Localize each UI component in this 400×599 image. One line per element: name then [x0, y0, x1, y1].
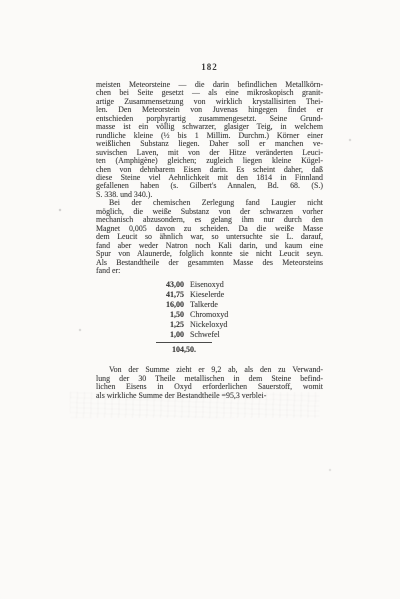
composition-name: Eisenoxyd [190, 280, 224, 290]
composition-total: 104,50. [156, 342, 212, 354]
composition-row: 43,00Eisenoxyd [142, 280, 323, 290]
composition-value: 41,75 [142, 290, 184, 300]
paragraph: Bei der chemischen Zerlegung fand Laugie… [96, 199, 323, 275]
composition-name: Talkerde [190, 300, 218, 310]
composition-value: 1,25 [142, 320, 184, 330]
composition-name: Nickeloxyd [190, 320, 227, 330]
composition-name: Schwefel [190, 330, 220, 340]
composition-row: 1,00Schwefel [142, 330, 323, 340]
composition-row: 1,50Chromoxyd [142, 310, 323, 320]
composition-value: 1,50 [142, 310, 184, 320]
page-number: 182 [96, 62, 323, 72]
composition-value: 16,00 [142, 300, 184, 310]
composition-row: 16,00Talkerde [142, 300, 323, 310]
composition-value: 1,00 [142, 330, 184, 340]
composition-row: 1,25Nickeloxyd [142, 320, 323, 330]
text-block: 182 meisten Meteorsteine — die darin bef… [96, 62, 323, 400]
text-line: fand er: [96, 267, 323, 275]
composition-name: Kieselerde [190, 290, 224, 300]
paragraph: meisten Meteorsteine — die darin befindl… [96, 81, 323, 199]
paragraph: Von der Summe zieht er 9,2 ab, als den z… [96, 366, 323, 400]
composition-name: Chromoxyd [190, 310, 228, 320]
composition-value: 43,00 [142, 280, 184, 290]
body-text: meisten Meteorsteine — die darin befindl… [96, 81, 323, 400]
text-line: Als Bestandtheile der gesammten Masse de… [96, 259, 323, 267]
scanned-book-page: 182 meisten Meteorsteine — die darin bef… [0, 0, 400, 599]
text-line: als wirkliche Summe der Bestandtheile =9… [96, 392, 323, 400]
composition-row: 41,75Kieselerde [142, 290, 323, 300]
composition-table: 43,00Eisenoxyd41,75Kieselerde16,00Talker… [142, 280, 323, 354]
